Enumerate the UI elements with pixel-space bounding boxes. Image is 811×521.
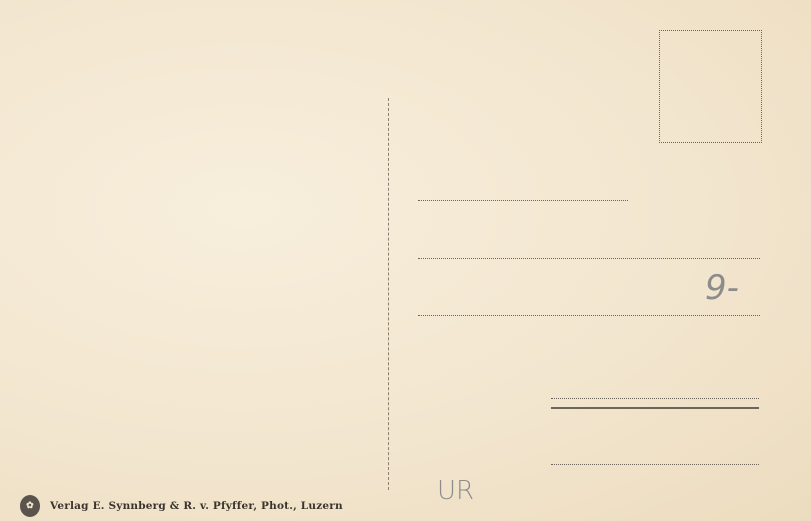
address-line-4-underline [551,407,759,409]
center-divider-line [388,98,389,490]
address-line-3 [418,315,760,316]
postcard-back: 9- UR ✿ Verlag E. Synnberg & R. v. Pfyff… [0,0,811,521]
handwritten-price: 9- [705,268,739,308]
publisher-logo-icon: ✿ [20,495,40,517]
address-line-4 [551,398,759,399]
handwritten-code: UR [437,476,474,506]
address-line-5 [551,464,759,465]
stamp-box [659,30,762,143]
publisher-imprint: ✿ Verlag E. Synnberg & R. v. Pfyffer, Ph… [20,495,343,517]
address-line-2 [418,258,760,259]
publisher-text: Verlag E. Synnberg & R. v. Pfyffer, Phot… [50,500,343,512]
address-line-1 [418,200,628,201]
